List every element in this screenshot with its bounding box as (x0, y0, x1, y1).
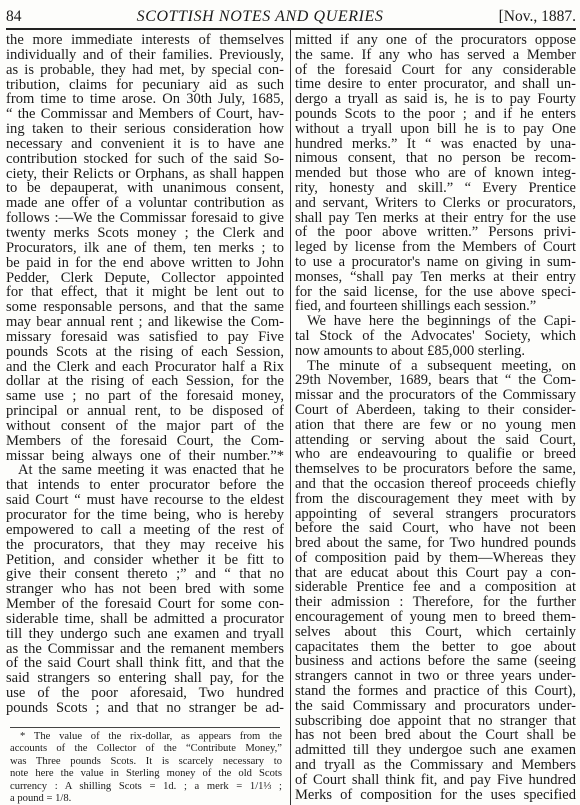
column-divider (290, 30, 291, 805)
left-column: the more immediate interests of themselv… (6, 33, 284, 716)
text-line: Member of the foresaid Court for some co… (6, 597, 284, 612)
text-line: stranger who has not been bred with some (6, 582, 284, 597)
text-line: At the same meeting it was enacted that … (6, 463, 284, 478)
text-line: mended but those who are of known integ- (295, 166, 576, 181)
text-line: without a tryall upon bill he is to pay … (295, 122, 576, 137)
text-line: siderable time, shall be admitted a proc… (6, 612, 284, 627)
footnote-line: currency : A shilling Scots = 1d. ; a me… (10, 781, 282, 793)
text-line: encouragement of young men to breed them… (295, 610, 576, 625)
footnote-line: was Three pounds Scots. It is scarcely n… (10, 756, 282, 768)
text-line: missar and the procurators of the Commis… (295, 388, 576, 403)
text-line: ation that there are few or no young men (295, 418, 576, 433)
text-line: The minute of a subsequent meeting, on (295, 359, 576, 374)
text-line: tribution, claims for pecuniary aid as s… (6, 78, 284, 93)
text-line: and the Clerk and each Procurator half a… (6, 360, 284, 375)
footnote-rule (10, 727, 280, 728)
text-line: leged by license from the Members of Cou… (295, 240, 576, 255)
text-line: Merks of composition for the uses specif… (295, 788, 576, 803)
text-line: pounds Scots to the poor ; and if he ent… (295, 107, 576, 122)
text-line: till they undergo such ane examen and tr… (6, 627, 284, 642)
header-rule (6, 28, 576, 30)
text-line: Court of Aberdeen, taking to their consi… (295, 403, 576, 418)
text-line: admitted till they undergoe such ane exa… (295, 743, 576, 758)
text-line: that are educat about this Court pay a c… (295, 566, 576, 581)
text-line: pounds Scots at the rising of each Sessi… (6, 345, 284, 360)
text-line: rity, honesty and skill.” “ Every Prenti… (295, 181, 576, 196)
text-line: We have here the beginnings of the Capi- (295, 314, 576, 329)
text-line: be paid in for the end above written to … (6, 256, 284, 271)
text-line: siderable Prentice fee and a composition… (295, 580, 576, 595)
text-line: before the said Court, who have not been (295, 521, 576, 536)
text-line: tal Stock of the Advocates' Society, whi… (295, 329, 576, 344)
text-line: appointing of several strangers procurat… (295, 507, 576, 522)
text-line: and that the occasion thereof proceeds c… (295, 477, 576, 492)
text-line: pounds Scots ; and that no stranger be a… (6, 701, 284, 716)
text-line: mitted if any one of the procurators opp… (295, 33, 576, 48)
text-line: from time to time arose. On 30th July, 1… (6, 92, 284, 107)
page-number: 84 (6, 8, 22, 26)
text-line: necessary and convenient it is to have a… (6, 137, 284, 152)
text-line: without consent of the major part of the (6, 419, 284, 434)
text-line: missary foresaid was satisfied to pay Fi… (6, 330, 284, 345)
text-line: shall pay Ten merks at their entry for t… (295, 211, 576, 226)
text-line: the more immediate interests of themselv… (6, 33, 284, 48)
issue-date: [Nov., 1887. (499, 8, 576, 26)
text-line: of composition paid by them—Whereas they (295, 551, 576, 566)
text-line: Members of the foresaid Court, the Com- (6, 434, 284, 449)
text-line: said Court “ must have recourse to the e… (6, 493, 284, 508)
text-line: bred about the same, for Two hundred pou… (295, 536, 576, 551)
text-line: and servant, Writers to Clerks or procur… (295, 196, 576, 211)
text-line: missar being always one of their number.… (6, 449, 284, 464)
text-line: to use a procurator's name on giving in … (295, 255, 576, 270)
text-line: to be depauperat, with unanimous consent… (6, 181, 284, 196)
text-line: monses, “shall pay Ten merks at their en… (295, 270, 576, 285)
text-line: said strangers so entering shall pay, fo… (6, 671, 284, 686)
text-line: of the poor above written.” Persons priv… (295, 225, 576, 240)
text-line: subscribing doe appoint that no stranger… (295, 714, 576, 729)
text-line: as the Commissar and the remanent member… (6, 642, 284, 657)
text-line: principal or annual rent, to be disposed… (6, 404, 284, 419)
text-line: fied, and fourteen shillings each sessio… (295, 299, 576, 314)
text-line: now amounts to about £85,000 sterling. (295, 344, 576, 359)
text-line: for the said license, for the use above … (295, 285, 576, 300)
text-line: time desire to enter procurator, and sha… (295, 77, 576, 92)
text-line: the procurators, that they may receive h… (6, 538, 284, 553)
text-line: hundred merks.” It “ was enacted by una- (295, 137, 576, 152)
text-line: dergo a tryall as said is, he is to pay … (295, 92, 576, 107)
text-line: of Court shall think fit, and pay Five h… (295, 773, 576, 788)
footnote-line: note here the value in Sterling money of… (10, 768, 282, 780)
text-line: 29th November, 1689, bears that “ the Co… (295, 373, 576, 388)
book-page: 84 SCOTTISH NOTES AND QUERIES [Nov., 188… (0, 0, 580, 805)
text-line: for that effect, that it might be lent o… (6, 285, 284, 300)
text-line: the same. If any who has served a Member (295, 48, 576, 63)
text-line: of the foresaid Court for any considerab… (295, 63, 576, 78)
text-line: dollar at the rising of each Session, fo… (6, 374, 284, 389)
text-line: attending or serving about the said Cour… (295, 433, 576, 448)
text-line: contribution stocked for such of the sai… (6, 152, 284, 167)
text-line: Petition, and consider whether it be fit… (6, 553, 284, 568)
footnote: * The value of the rix-dollar, as appear… (10, 731, 282, 805)
text-line: stand the formes and practice of this Co… (295, 684, 576, 699)
text-line: follows :—We the Commissar foresaid to g… (6, 211, 284, 226)
footnote-line: accounts of the Collector of the “Contri… (10, 743, 282, 755)
text-line: that intends to enter procurator before … (6, 478, 284, 493)
text-line: Pedder, Clerk Depute, Collector appointe… (6, 271, 284, 286)
text-line: some responsable persons, and that the s… (6, 300, 284, 315)
text-line: procurator for the time being, who is he… (6, 508, 284, 523)
running-header: 84 SCOTTISH NOTES AND QUERIES [Nov., 188… (6, 8, 576, 26)
text-line: nimous consent, that no person be recom- (295, 151, 576, 166)
text-line: and tryall as the Commissary and Members (295, 758, 576, 773)
text-line: their admission : Therefore, for the fur… (295, 595, 576, 610)
text-line: same use ; no part of the foresaid money… (6, 389, 284, 404)
text-line: individually and of their families. Prev… (6, 48, 284, 63)
text-line: capacitates them the better to goe about (295, 640, 576, 655)
footnote-line: * The value of the rix-dollar, as appear… (10, 731, 282, 743)
text-line: twenty merks Scots money ; the Clerk and (6, 226, 284, 241)
text-line: of the said Court shall think fitt, and … (6, 656, 284, 671)
running-title: SCOTTISH NOTES AND QUERIES (137, 8, 384, 26)
text-line: give their consent thereto ;” and “ that… (6, 567, 284, 582)
right-column: mitted if any one of the procurators opp… (295, 33, 576, 802)
text-line: “ the Commissar and Members of Court, ha… (6, 107, 284, 122)
text-line: who are endeavouring to qualifie or bree… (295, 447, 576, 462)
text-line: business and actions before the same (se… (295, 654, 576, 669)
text-line: strangers cannot in two or three years u… (295, 669, 576, 684)
text-line: the said Commissary and procurators unde… (295, 699, 576, 714)
text-line: as is probable, they had met, by special… (6, 63, 284, 78)
text-line: ciety, their Relicts or Orphans, as shal… (6, 167, 284, 182)
text-line: use of the poor aforesaid, Two hundred (6, 686, 284, 701)
text-line: has not been bred about the Court shall … (295, 728, 576, 743)
text-line: Procurators, ilk ane of them, ten merks … (6, 241, 284, 256)
text-line: empowered to call a meeting of the rest … (6, 523, 284, 538)
text-line: may bear annual rent ; and likewise the … (6, 315, 284, 330)
footnote-line: a pound = 1/8. (10, 793, 282, 805)
text-line: ing taken to their serious consideration… (6, 122, 284, 137)
text-line: selves about this Court, which certainly (295, 625, 576, 640)
text-line: from the discouragement they meet with b… (295, 492, 576, 507)
text-line: themselves to be procurators before the … (295, 462, 576, 477)
text-line: made ane offer of a voluntar contributio… (6, 196, 284, 211)
